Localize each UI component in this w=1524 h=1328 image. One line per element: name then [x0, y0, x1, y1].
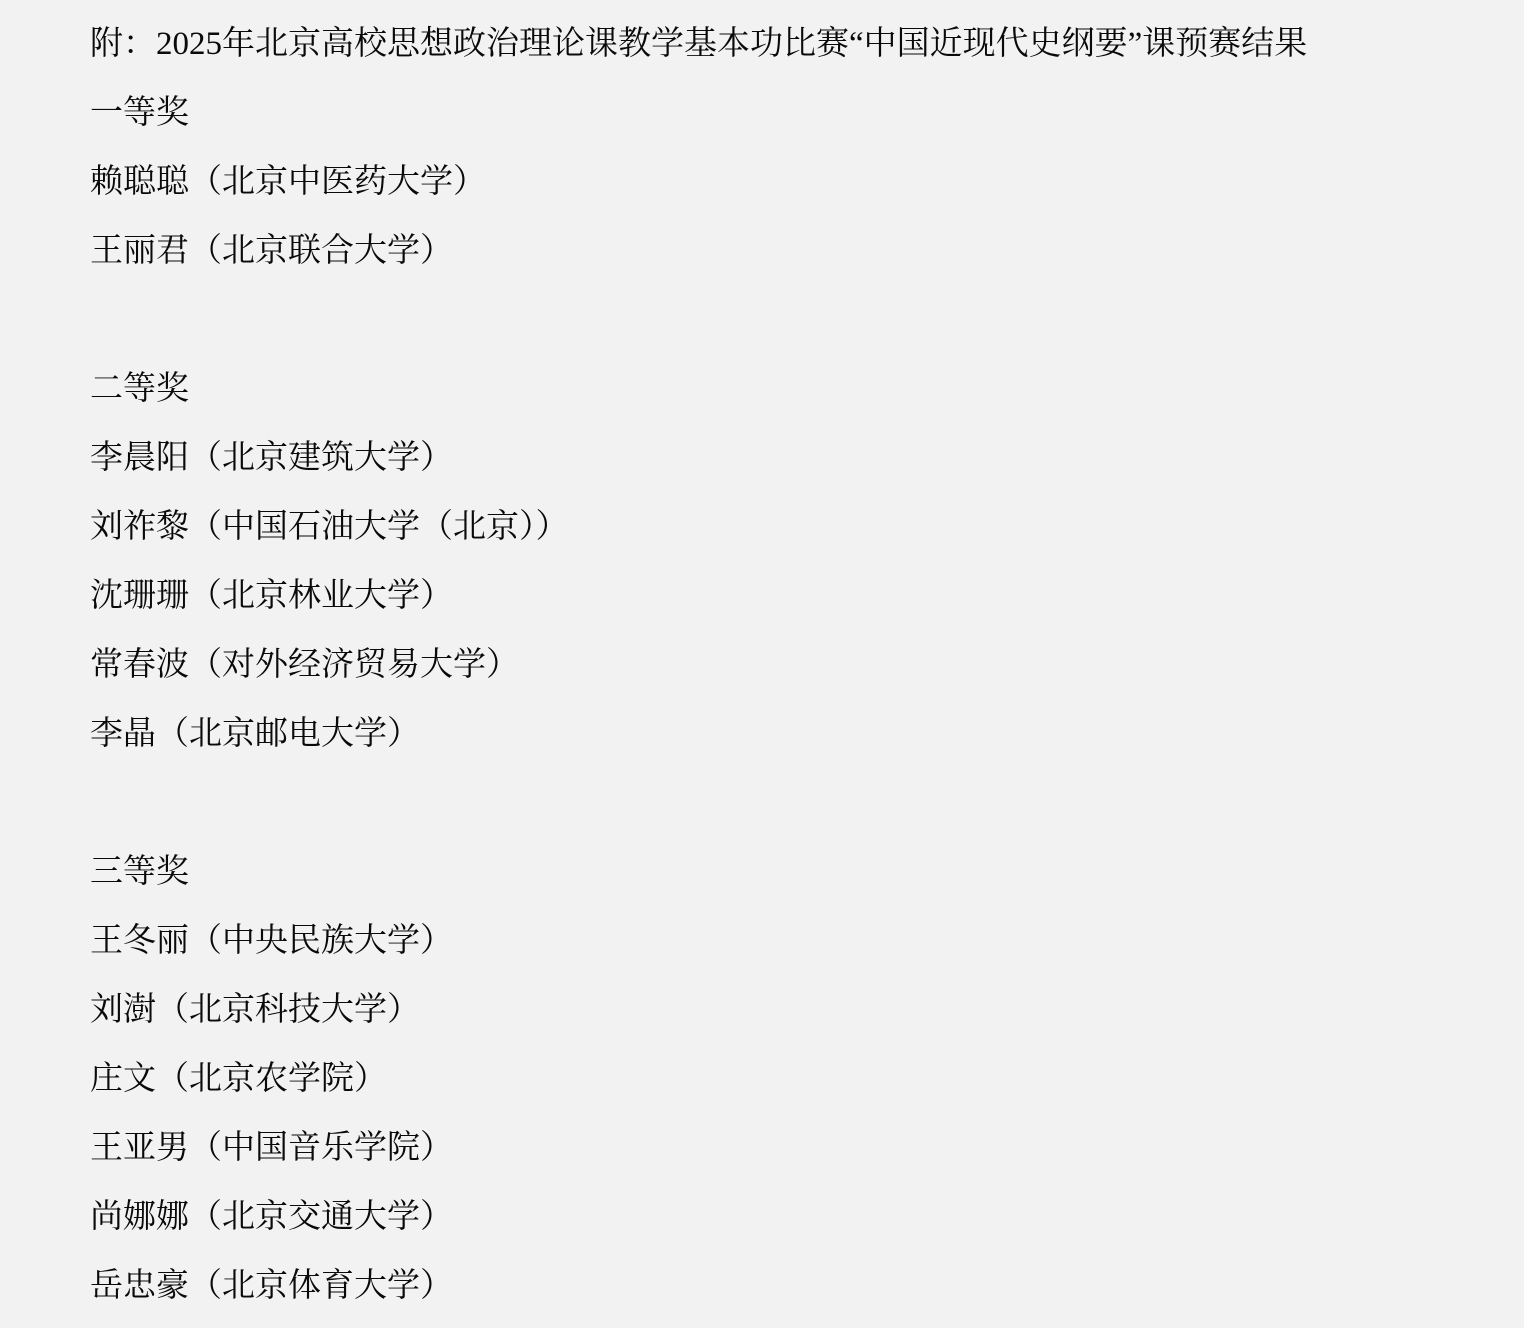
results-document: 附：2025年北京高校思想政治理论课教学基本功比赛“中国近现代史纲要”课预赛结果… — [0, 0, 1524, 1321]
winner-entry: 刘澍（北京科技大学） — [90, 976, 1464, 1045]
winner-entry: 王丽君（北京联合大学） — [90, 217, 1464, 286]
winner-entry: 尚娜娜（北京交通大学） — [90, 1183, 1464, 1252]
prize-heading-second: 二等奖 — [90, 355, 1464, 424]
winner-entry: 常春波（对外经济贸易大学） — [90, 631, 1464, 700]
section-first-prize: 一等奖 赖聪聪（北京中医药大学） 王丽君（北京联合大学） — [90, 79, 1464, 286]
page-title: 附：2025年北京高校思想政治理论课教学基本功比赛“中国近现代史纲要”课预赛结果 — [90, 10, 1464, 79]
winner-entry: 李晶（北京邮电大学） — [90, 700, 1464, 769]
winner-entry: 岳忠豪（北京体育大学） — [90, 1252, 1464, 1321]
section-third-prize: 三等奖 王冬丽（中央民族大学） 刘澍（北京科技大学） 庄文（北京农学院） 王亚男… — [90, 838, 1464, 1321]
winner-entry: 王亚男（中国音乐学院） — [90, 1114, 1464, 1183]
winner-entry: 庄文（北京农学院） — [90, 1045, 1464, 1114]
winner-entry: 刘祚黎（中国石油大学（北京）） — [90, 493, 1464, 562]
prize-heading-third: 三等奖 — [90, 838, 1464, 907]
winner-entry: 沈珊珊（北京林业大学） — [90, 562, 1464, 631]
winner-entry: 李晨阳（北京建筑大学） — [90, 424, 1464, 493]
section-spacer — [90, 286, 1464, 355]
prize-heading-first: 一等奖 — [90, 79, 1464, 148]
section-spacer — [90, 769, 1464, 838]
winner-entry: 赖聪聪（北京中医药大学） — [90, 148, 1464, 217]
winner-entry: 王冬丽（中央民族大学） — [90, 907, 1464, 976]
section-second-prize: 二等奖 李晨阳（北京建筑大学） 刘祚黎（中国石油大学（北京）） 沈珊珊（北京林业… — [90, 355, 1464, 769]
